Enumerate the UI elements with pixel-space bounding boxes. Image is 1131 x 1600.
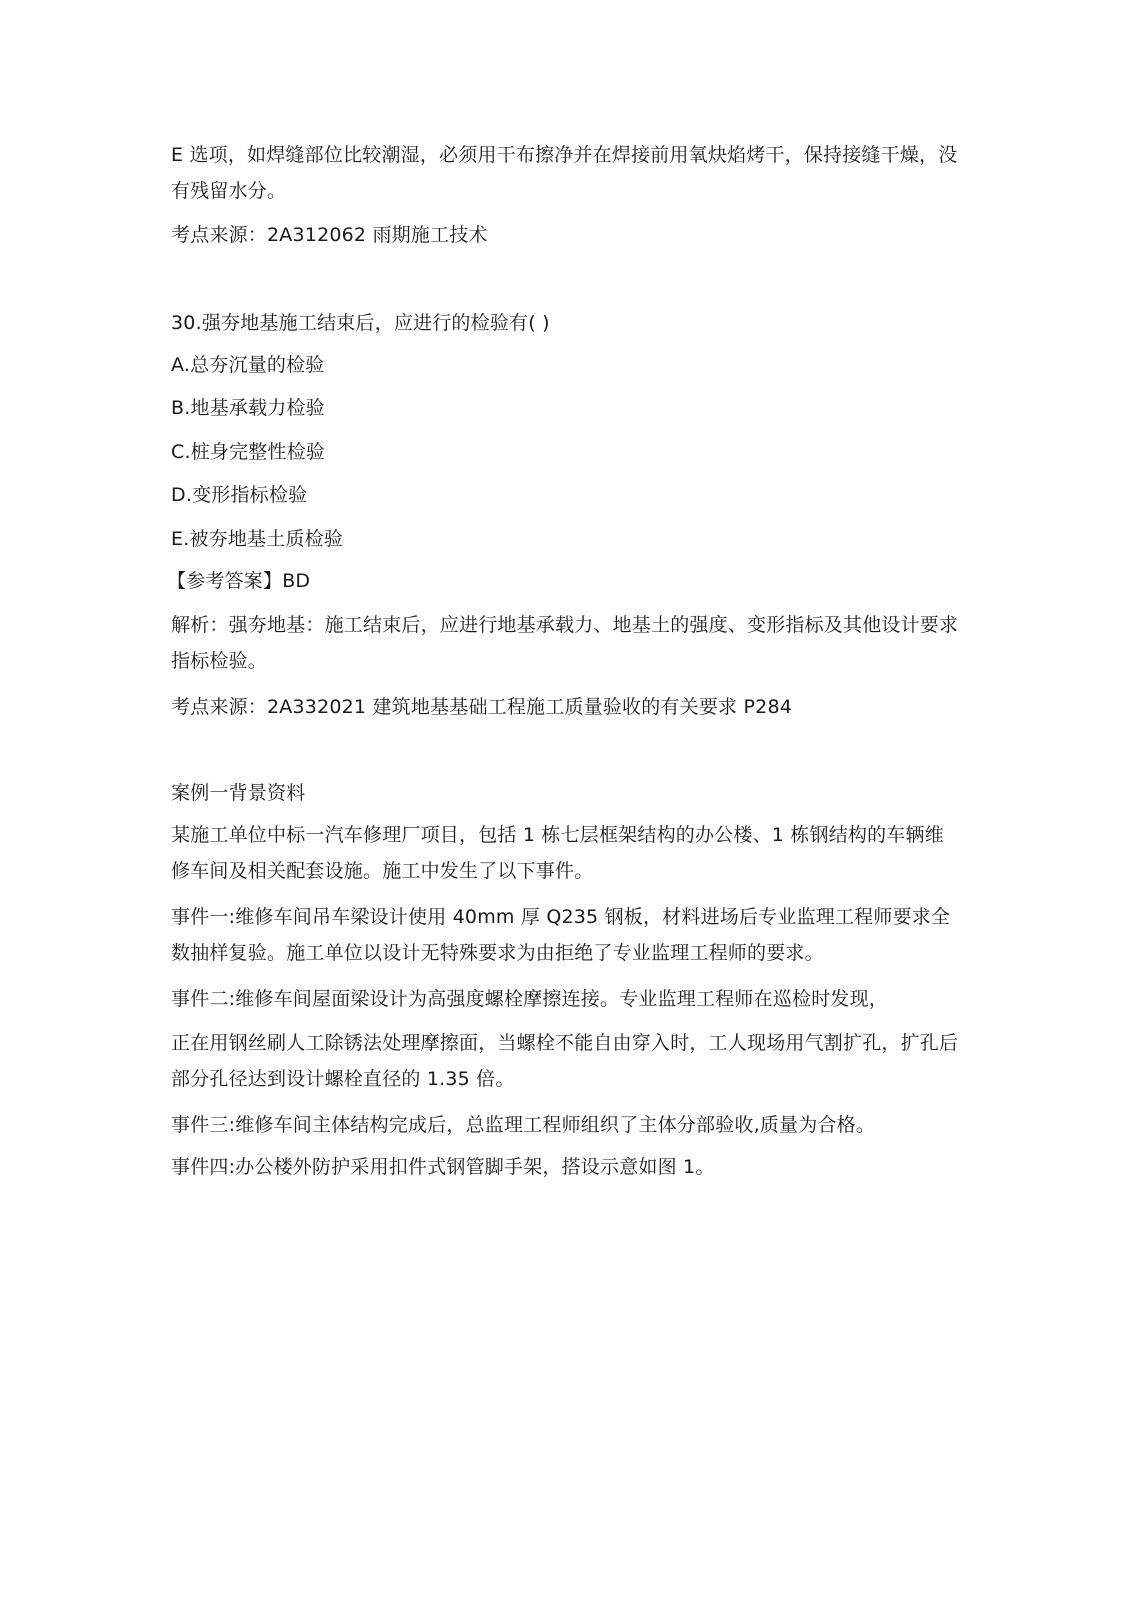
- event-four: 事件四:办公楼外防护采用扣件式钢管脚手架，搭设示意如图 1。: [171, 1149, 961, 1185]
- event-three: 事件三:维修车间主体结构完成后，总监理工程师组织了主体分部验收,质量为合格。: [171, 1107, 961, 1143]
- option-b: B.地基承载力检验: [171, 390, 961, 426]
- question-source-text: 考点来源：2A332021 建筑地基基础工程施工质量验收的有关要求 P284: [171, 689, 961, 725]
- option-c: C.桩身完整性检验: [171, 434, 961, 470]
- event-one: 事件一:维修车间吊车梁设计使用 40mm 厚 Q235 钢板，材料进场后专业监理…: [171, 899, 961, 971]
- option-d: D.变形指标检验: [171, 477, 961, 513]
- prev-option-e-text: E 选项，如焊缝部位比较潮湿，必须用干布擦净并在焊接前用氧炔焰烤干，保持接缝干燥…: [171, 137, 961, 209]
- question-stem: 30.强夯地基施工结束后，应进行的检验有( ): [171, 305, 961, 341]
- event-two-line2: 正在用钢丝刷人工除锈法处理摩擦面，当螺栓不能自由穿入时，工人现场用气割扩孔，扩孔…: [171, 1025, 961, 1097]
- case-intro: 某施工单位中标一汽车修理厂项目，包括 1 栋七层框架结构的办公楼、1 栋钢结构的…: [171, 817, 961, 889]
- analysis-text: 解析：强夯地基：施工结束后，应进行地基承载力、地基土的强度、变形指标及其他设计要…: [171, 607, 961, 679]
- option-a: A.总夯沉量的检验: [171, 347, 961, 383]
- prev-source-text: 考点来源：2A312062 雨期施工技术: [171, 217, 961, 253]
- option-e: E.被夯地基土质检验: [171, 521, 961, 557]
- answer-text: 【参考答案】BD: [167, 563, 957, 599]
- event-two-line1: 事件二:维修车间屋面梁设计为高强度螺栓摩擦连接。专业监理工程师在巡检时发现，: [171, 981, 961, 1017]
- case-title: 案例一背景资料: [171, 775, 961, 811]
